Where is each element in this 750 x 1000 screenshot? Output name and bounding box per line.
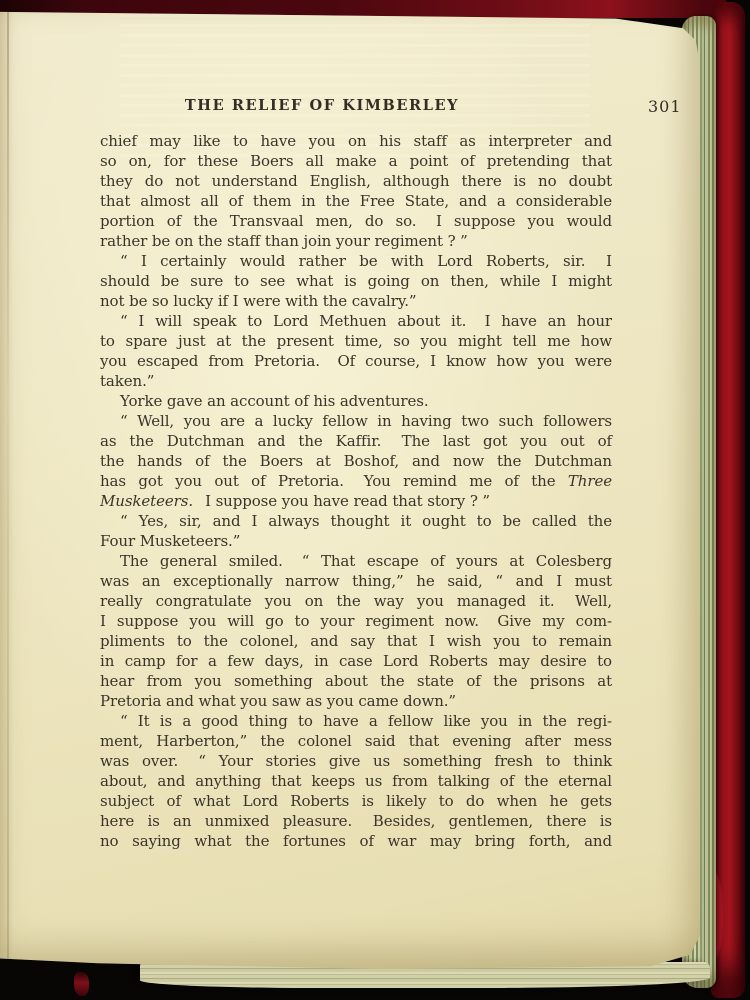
text-line: no saying what the fortunes of war may b… — [100, 831, 612, 851]
text-block: chief may like to have you on his staff … — [100, 131, 612, 851]
text-line: taken.” — [100, 371, 612, 391]
text-line: “ Well, you are a lucky fellow in having… — [100, 411, 612, 431]
book-photo: THE RELIEF OF KIMBERLEY 301 chief may li… — [0, 0, 750, 1000]
text-line: subject of what Lord Roberts is likely t… — [100, 791, 612, 811]
text-line: was an exceptionally narrow thing,” he s… — [100, 571, 612, 591]
text-line: really congratulate you on the way you m… — [100, 591, 612, 611]
text-line: was over. “ Your stories give us somethi… — [100, 751, 612, 771]
text-line: about, and anything that keeps us from t… — [100, 771, 612, 791]
text-line: has got you out of Pretoria. You remind … — [100, 471, 612, 491]
text-line: you escaped from Pretoria. Of course, I … — [100, 351, 612, 371]
text-line: the hands of the Boers at Boshof, and no… — [100, 451, 612, 471]
text-line: portion of the Transvaal men, do so. I s… — [100, 211, 612, 231]
text-line: should be sure to see what is going on t… — [100, 271, 612, 291]
cover-corner-glimpse — [74, 972, 89, 996]
text-line: “ I will speak to Lord Methuen about it.… — [100, 311, 612, 331]
text-line: Musketeers. I suppose you have read that… — [100, 491, 612, 511]
text-line: here is an unmixed pleasure. Besides, ge… — [100, 811, 612, 831]
text-line: not be so lucky if I were with the caval… — [100, 291, 612, 311]
running-header: THE RELIEF OF KIMBERLEY 301 — [100, 97, 612, 117]
text-line: in camp for a few days, in case Lord Rob… — [100, 651, 612, 671]
text-line: hear from you something about the state … — [100, 671, 612, 691]
text-line: The general smiled. “ That escape of you… — [100, 551, 612, 571]
book-cover-right-edge — [711, 2, 745, 998]
text-line: to spare just at the present time, so yo… — [100, 331, 612, 351]
text-line: Yorke gave an account of his adventures. — [100, 391, 612, 411]
text-line: chief may like to have you on his staff … — [100, 131, 612, 151]
text-line: “ I certainly would rather be with Lord … — [100, 251, 612, 271]
text-line: pliments to the colonel, and say that I … — [100, 631, 612, 651]
text-line: rather be on the staff than join your re… — [100, 231, 612, 251]
running-header-title: THE RELIEF OF KIMBERLEY — [96, 97, 548, 114]
page-number: 301 — [648, 97, 682, 116]
text-line: Pretoria and what you saw as you came do… — [100, 691, 612, 711]
text-line: I suppose you will go to your regiment n… — [100, 611, 612, 631]
text-line: they do not understand English, although… — [100, 171, 612, 191]
text-line: “ Yes, sir, and I always thought it ough… — [100, 511, 612, 531]
text-line: Four Musketeers.” — [100, 531, 612, 551]
text-line: ment, Harberton,” the colonel said that … — [100, 731, 612, 751]
text-line: that almost all of them in the Free Stat… — [100, 191, 612, 211]
text-line: “ It is a good thing to have a fellow li… — [100, 711, 612, 731]
text-line: so on, for these Boers all make a point … — [100, 151, 612, 171]
text-line: as the Dutchman and the Kaffir. The last… — [100, 431, 612, 451]
